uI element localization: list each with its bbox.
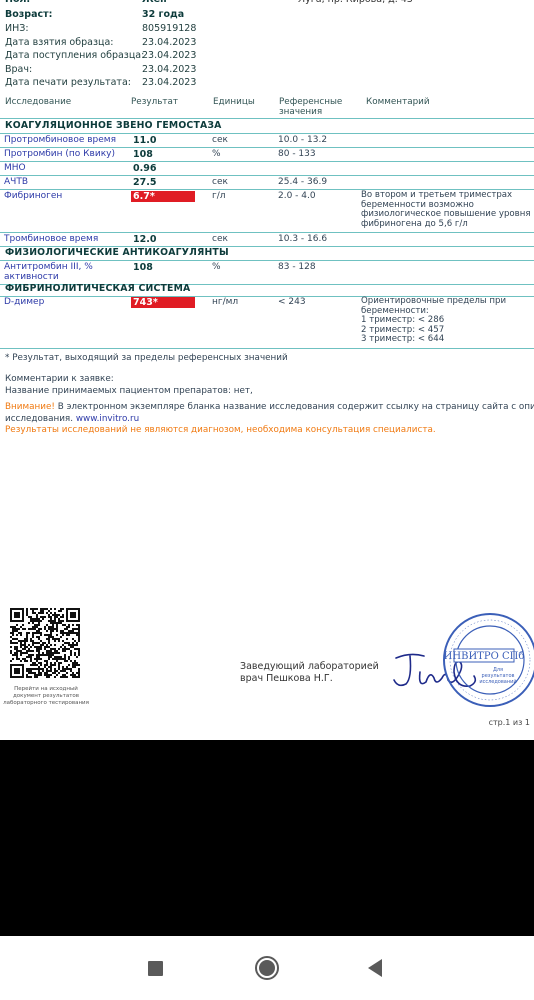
table-rule	[0, 118, 534, 119]
lab-head-name: врач Пешкова Н.Г.	[240, 673, 379, 685]
qr-caption-line: документ результатов	[0, 693, 92, 700]
reference-range: < 243	[278, 297, 306, 307]
page-number: стр.1 из 1	[489, 718, 530, 727]
sample-received-label: Дата поступления образца:	[5, 50, 144, 61]
test-name-link[interactable]: Протромбиновое время	[4, 135, 116, 145]
table-rule	[0, 133, 534, 134]
footnote: * Результат, выходящий за пределы рефере…	[5, 353, 288, 363]
doctor-value: 23.04.2023	[142, 64, 196, 75]
result-value: 0.96	[131, 163, 195, 174]
test-name-link[interactable]: Антитромбин III, %активности	[4, 262, 93, 282]
triangle-back-icon	[366, 958, 384, 978]
units: сек	[212, 177, 228, 187]
header-result: Результат	[131, 97, 178, 107]
disclaimer: Результаты исследований не являются диаг…	[5, 425, 436, 435]
reference-range: 10.0 - 13.2	[278, 135, 327, 145]
header-units: Единицы	[213, 97, 255, 107]
reference-range: 80 - 133	[278, 149, 316, 159]
svg-text:исследований: исследований	[479, 678, 516, 685]
units: г/л	[212, 191, 226, 201]
qr-caption-line: Перейти на исходный	[0, 686, 92, 693]
header-comment: Комментарий	[366, 97, 430, 107]
result-value: 108	[131, 149, 195, 160]
comment: Во втором и третьем триместрахбеременнос…	[361, 191, 533, 229]
result-value: 12.0	[131, 234, 195, 245]
attention-text: В электронном экземпляре бланка название…	[55, 402, 534, 412]
header-test: Исследование	[5, 97, 71, 107]
empty-viewer-area	[0, 740, 534, 936]
section-title: КОАГУЛЯЦИОННОЕ ЗВЕНО ГЕМОСТАЗА	[5, 120, 222, 131]
table-rule	[0, 175, 534, 176]
comments-text: Название принимаемых пациентом препарато…	[5, 386, 253, 396]
units: сек	[212, 135, 228, 145]
site-link[interactable]: www.invitro.ru	[76, 414, 139, 424]
reference-range: 83 - 128	[278, 262, 316, 272]
qr-caption: Перейти на исходный документ результатов…	[0, 686, 92, 707]
home-button[interactable]	[237, 936, 297, 1000]
inz-label: ИНЗ:	[5, 23, 29, 34]
reference-range: 25.4 - 36.9	[278, 177, 327, 187]
header-ref-line1: Референсные	[279, 97, 342, 107]
lab-head: Заведующий лабораторией врач Пешкова Н.Г…	[240, 661, 379, 685]
sample-taken-value: 23.04.2023	[142, 37, 196, 48]
sample-received-value: 23.04.2023	[142, 50, 196, 61]
result-value: 27.5	[131, 177, 195, 188]
back-button[interactable]	[345, 936, 405, 1000]
test-name-link[interactable]: Фибриноген	[4, 191, 62, 201]
lab-head-title: Заведующий лабораторией	[240, 661, 379, 673]
table-rule	[0, 348, 534, 349]
recents-button[interactable]	[125, 936, 185, 1000]
reference-range: 10.3 - 16.6	[278, 234, 327, 244]
units: сек	[212, 234, 228, 244]
age-value: 32 года	[142, 9, 184, 20]
android-nav-bar	[0, 936, 534, 1000]
results-table-header: Исследование Результат Единицы Референсн…	[0, 97, 534, 119]
result-value: 11.0	[131, 135, 195, 146]
qr-caption-line: лабораторного тестирования	[0, 700, 92, 707]
header-ref-line2: значения	[279, 107, 322, 117]
attention-word: Внимание!	[5, 402, 55, 412]
test-name-link[interactable]: Протромбин (по Квику)	[4, 149, 115, 159]
test-name-link[interactable]: Тромбиновое время	[4, 234, 98, 244]
comments-title: Комментарии к заявке:	[5, 374, 114, 384]
circle-icon	[254, 955, 280, 981]
test-name-link[interactable]: МНО	[4, 163, 26, 173]
inz-value: 805919128	[142, 23, 196, 34]
print-date-value: 23.04.2023	[142, 77, 196, 88]
lab-report-document: Пол: Жен Возраст: 32 года ИНЗ: 805919128…	[0, 0, 534, 740]
comment: Ориентировочные пределы прибеременности:…	[361, 297, 533, 345]
attention-text-2: исследования.	[5, 414, 76, 424]
attention-notice-2: исследования. www.invitro.ru	[5, 414, 139, 424]
square-icon	[148, 961, 163, 976]
table-rule	[0, 260, 534, 261]
units: нг/мл	[212, 297, 238, 307]
section-title: ФИБРИНОЛИТИЧЕСКАЯ СИСТЕМА	[5, 283, 190, 294]
result-value: 6.7*	[131, 191, 195, 202]
result-value: 108	[131, 262, 195, 273]
test-name-link[interactable]: D-димер	[4, 297, 44, 307]
stamp-text: ИНВИТРО СПб	[444, 651, 525, 662]
table-rule	[0, 147, 534, 148]
sample-taken-label: Дата взятия образца:	[5, 37, 114, 48]
units: %	[212, 149, 221, 159]
print-date-label: Дата печати результата:	[5, 77, 131, 88]
doctor-label: Врач:	[5, 64, 32, 75]
attention-notice: Внимание! В электронном экземпляре бланк…	[5, 402, 534, 412]
stamp-icon: ИНВИТРО СПб Для результатов исследований	[438, 605, 534, 715]
header-ref: Референсныезначения	[279, 97, 342, 117]
lab-address: Луга, пр. Кирова, д. 43	[298, 0, 413, 5]
result-value: 743*	[131, 297, 195, 308]
age-label: Возраст:	[5, 9, 52, 20]
section-title: ФИЗИОЛОГИЧЕСКИЕ АНТИКОАГУЛЯНТЫ	[5, 247, 229, 258]
units: %	[212, 262, 221, 272]
sex-value: Жен	[142, 0, 167, 5]
sex-label: Пол:	[5, 0, 30, 5]
qr-code[interactable]	[10, 608, 80, 678]
test-name-link[interactable]: АЧТВ	[4, 177, 28, 187]
reference-range: 2.0 - 4.0	[278, 191, 316, 201]
table-rule	[0, 161, 534, 162]
